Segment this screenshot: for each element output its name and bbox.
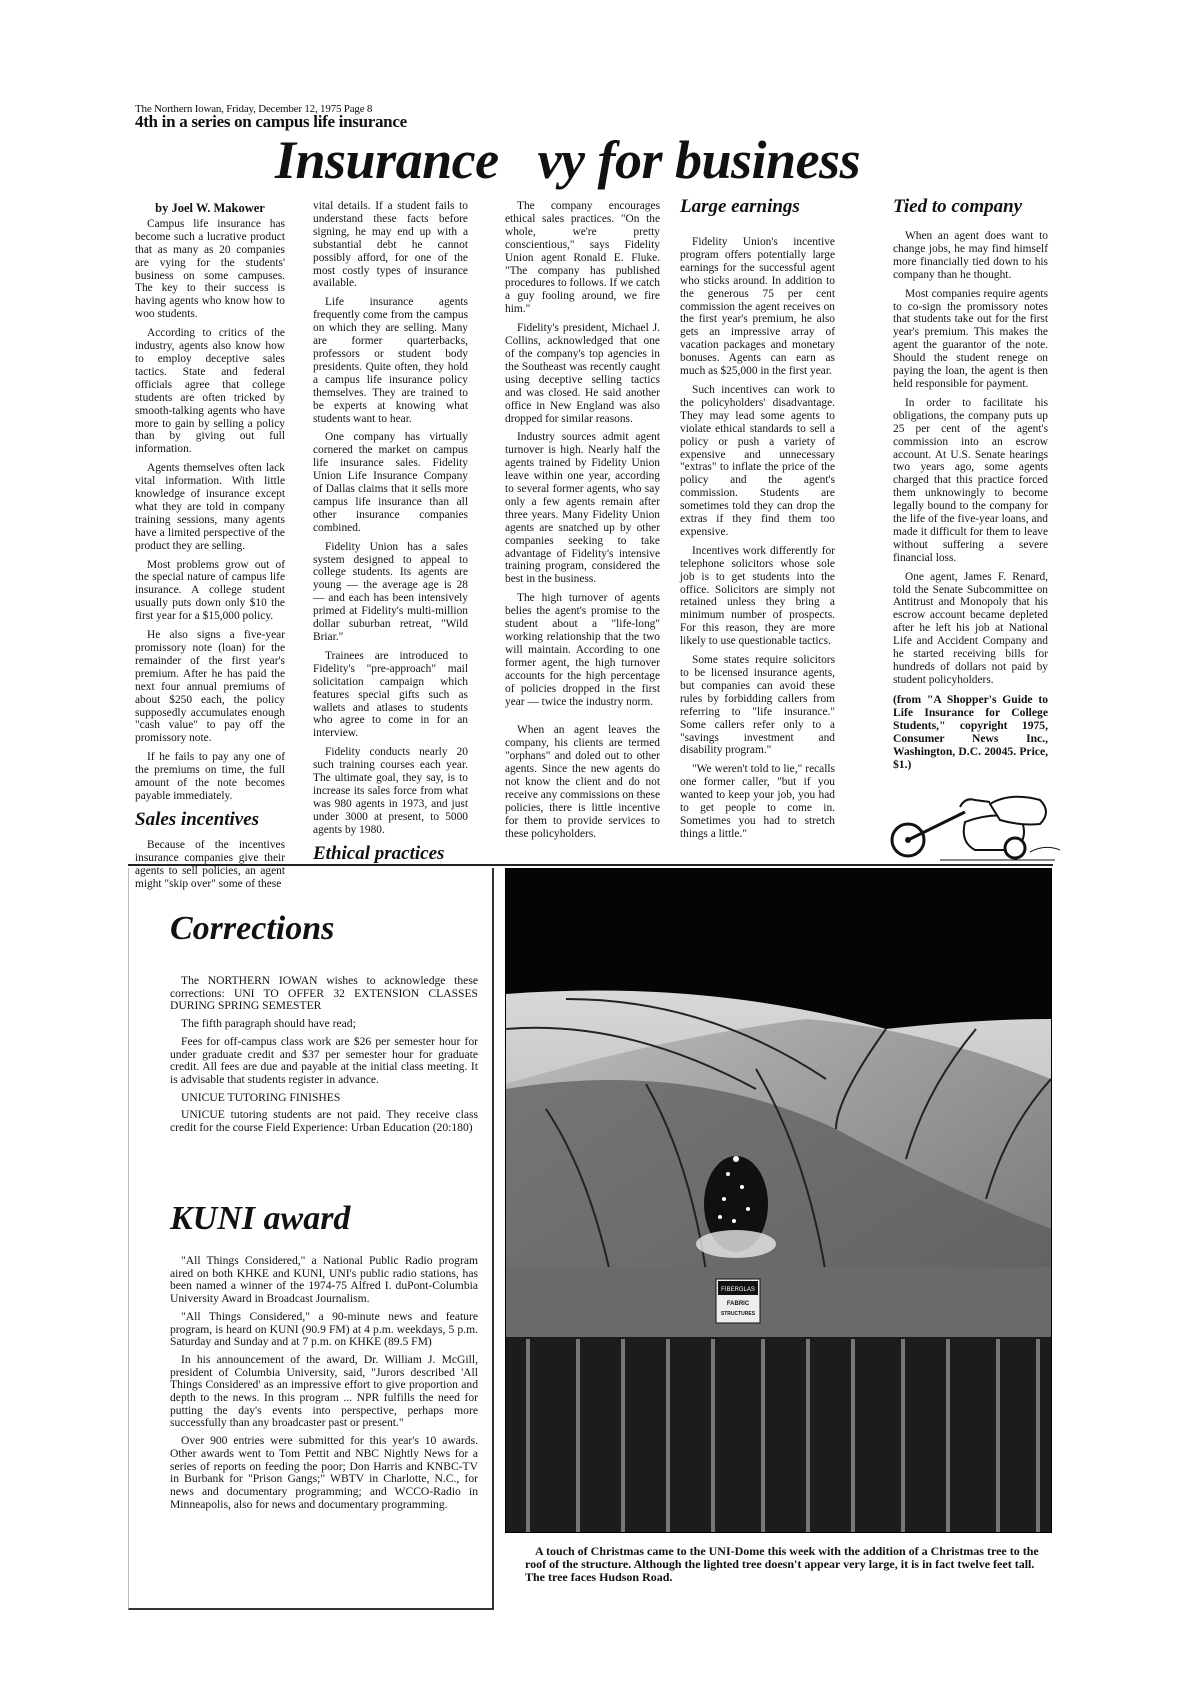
article-column-5: Tied to company When an agent does want … xyxy=(893,196,1048,777)
paragraph: Over 900 entries were submitted for this… xyxy=(170,1435,478,1511)
paragraph: The high turnover of agents belies the a… xyxy=(505,592,660,708)
svg-text:FIBERGLAS: FIBERGLAS xyxy=(721,1287,755,1293)
paragraph: The company encourages ethical sales pra… xyxy=(505,200,660,316)
article-column-4: Large earnings Fidelity Union's incentiv… xyxy=(680,196,835,847)
article-column-2: vital details. If a student fails to und… xyxy=(313,200,468,873)
paragraph: He also signs a five-year promissory not… xyxy=(135,629,285,745)
subhead-tied-to-company: Tied to company xyxy=(893,196,1048,218)
subhead-large-earnings: Large earnings xyxy=(680,196,835,218)
paragraph: Campus life insurance has become such a … xyxy=(135,218,285,321)
paragraph: Fidelity Union's incentive program offer… xyxy=(680,236,835,378)
paragraph: In order to facilitate his obligations, … xyxy=(893,397,1048,565)
paragraph: vital details. If a student fails to und… xyxy=(313,200,468,290)
paragraph: "All Things Considered," a National Publ… xyxy=(170,1255,478,1306)
uni-dome-photo: FIBERGLAS FABRIC STRUCTURES xyxy=(505,868,1052,1533)
kuni-award-title: KUNI award xyxy=(170,1200,350,1238)
photo-caption: A touch of Christmas came to the UNI-Dom… xyxy=(525,1545,1045,1584)
source-credit: (from "A Shopper's Guide to Life Insuran… xyxy=(893,693,1048,771)
corrections-title: Corrections xyxy=(170,910,334,948)
paragraph: Most problems grow out of the special na… xyxy=(135,559,285,624)
corrections-body: The NORTHERN IOWAN wishes to acknowledge… xyxy=(170,975,478,1140)
paragraph: Agents themselves often lack vital infor… xyxy=(135,462,285,552)
fiberglas-sign: FIBERGLAS FABRIC STRUCTURES xyxy=(716,1279,760,1323)
paragraph: "We weren't told to lie," recalls one fo… xyxy=(680,763,835,840)
paragraph: Industry sources admit agent turnover is… xyxy=(505,431,660,586)
svg-text:FABRIC: FABRIC xyxy=(727,1301,750,1307)
paragraph: UNICUE TUTORING FINISHES xyxy=(170,1092,478,1105)
paragraph: The NORTHERN IOWAN wishes to acknowledge… xyxy=(170,975,478,1013)
paragraph: Trainees are introduced to Fidelity's "p… xyxy=(313,650,468,740)
paragraph: Fidelity Union has a sales system design… xyxy=(313,541,468,644)
subhead-ethical-practices: Ethical practices xyxy=(313,843,468,865)
paragraph: UNICUE tutoring students are not paid. T… xyxy=(170,1109,478,1134)
paragraph: According to critics of the industry, ag… xyxy=(135,327,285,456)
paragraph: When an agent does want to change jobs, … xyxy=(893,230,1048,282)
paragraph: Most companies require agents to co-sign… xyxy=(893,288,1048,391)
paragraph: Fees for off-campus class work are $26 p… xyxy=(170,1036,478,1087)
series-label: 4th in a series on campus life insurance xyxy=(135,112,407,132)
motorcycle-cartoon-illustration xyxy=(880,792,1060,864)
paragraph: Incentives work differently for telephon… xyxy=(680,545,835,648)
paragraph: Some states require solicitors to be lic… xyxy=(680,654,835,757)
paragraph: One company has virtually cornered the m… xyxy=(313,431,468,534)
paragraph: "All Things Considered," a 90-minute new… xyxy=(170,1311,478,1349)
paragraph: Fidelity's president, Michael J. Collins… xyxy=(505,322,660,425)
paragraph: Fidelity conducts nearly 20 such trainin… xyxy=(313,746,468,836)
paragraph: Life insurance agents frequently come fr… xyxy=(313,296,468,425)
paragraph: One agent, James F. Renard, told the Sen… xyxy=(893,571,1048,687)
kuni-award-body: "All Things Considered," a National Publ… xyxy=(170,1255,478,1516)
article-headline: Insurance vy for business xyxy=(275,133,860,187)
section-divider xyxy=(128,864,1053,866)
article-column-3: The company encourages ethical sales pra… xyxy=(505,200,660,847)
paragraph: Such incentives can work to the policyho… xyxy=(680,384,835,539)
article-column-1: by Joel W. Makower Campus life insurance… xyxy=(135,202,285,897)
svg-text:STRUCTURES: STRUCTURES xyxy=(721,1311,756,1317)
subhead-sales-incentives: Sales incentives xyxy=(135,809,285,831)
paragraph: The fifth paragraph should have read; xyxy=(170,1018,478,1031)
motorcycle-icon xyxy=(880,792,1060,864)
dome-roof-image: FIBERGLAS FABRIC STRUCTURES xyxy=(506,869,1051,1532)
byline: by Joel W. Makower xyxy=(135,202,285,215)
paragraph: When an agent leaves the company, his cl… xyxy=(505,724,660,840)
paragraph: If he fails to pay any one of the premiu… xyxy=(135,751,285,803)
paragraph: In his announcement of the award, Dr. Wi… xyxy=(170,1354,478,1430)
